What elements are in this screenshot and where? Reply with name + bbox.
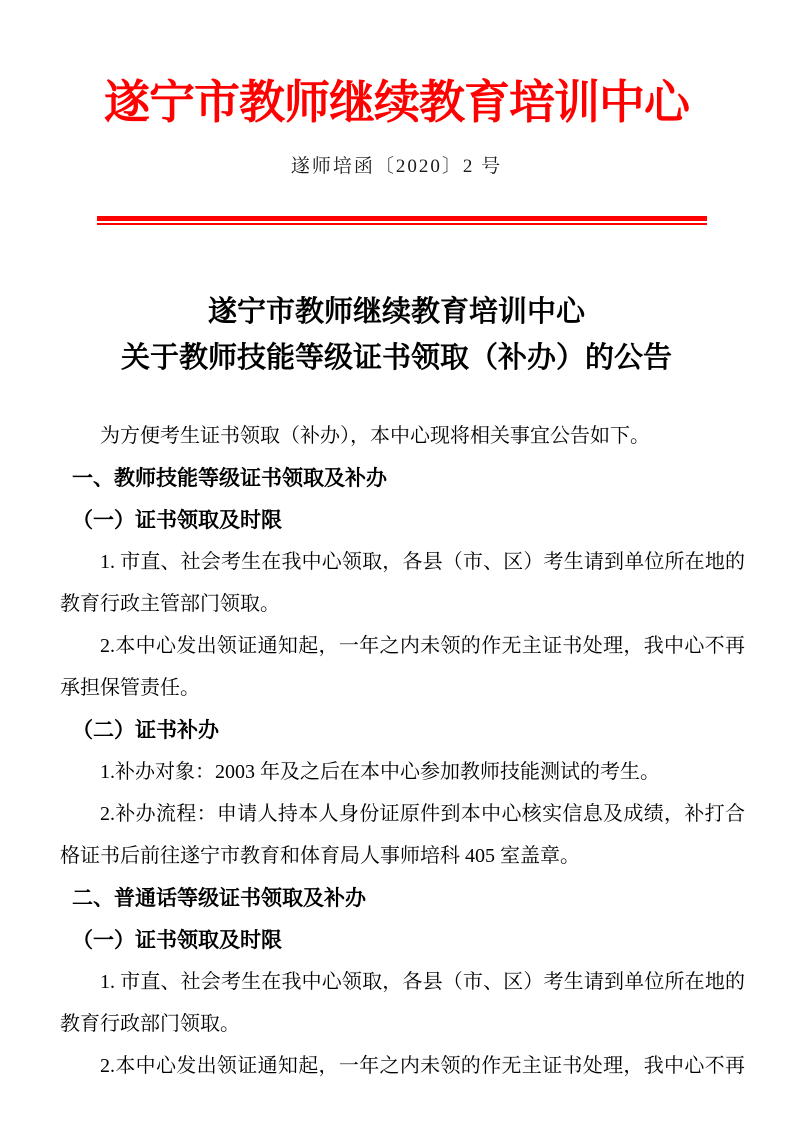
notice-body: 为方便考生证书领取（补办），本中心现将相关事宜公告如下。 一、教师技能等级证书领… (60, 415, 745, 1089)
red-divider-thin-line (97, 223, 707, 225)
section-1-heading: 一、教师技能等级证书领取及补办 (60, 457, 745, 499)
letterhead: 遂宁市教师继续教育培训中心 遂师培函〔2020〕2 号 (0, 0, 793, 225)
section-1-sub-2-paragraph-2: 2.补办流程：申请人持本人身份证原件到本中心核实信息及成绩，补打合格证书后前往遂… (60, 793, 745, 877)
document-page: 遂宁市教师继续教育培训中心 遂师培函〔2020〕2 号 遂宁市教师继续教育培训中… (0, 0, 793, 1122)
section-1-sub-1-paragraph-2: 2.本中心发出领证通知起，一年之内未领的作无主证书处理，我中心不再承担保管责任。 (60, 625, 745, 709)
intro-paragraph: 为方便考生证书领取（补办），本中心现将相关事宜公告如下。 (60, 415, 745, 457)
doc-number: 遂师培函〔2020〕2 号 (0, 154, 793, 180)
notice-content: 遂宁市教师继续教育培训中心 关于教师技能等级证书领取（补办）的公告 为方便考生证… (0, 289, 793, 1089)
notice-title-line1: 遂宁市教师继续教育培训中心 (0, 289, 793, 335)
letterhead-org-title: 遂宁市教师继续教育培训中心 (0, 0, 793, 132)
section-2-sub-1-paragraph-1: 1. 市直、社会考生在我中心领取，各县（市、区）考生请到单位所在地的教育行政部门… (60, 961, 745, 1045)
page-break-clip: 2.本中心发出领证通知起，一年之内未领的作无主证书处理，我中心不再承担保 (60, 1045, 745, 1089)
red-divider-rule (97, 216, 707, 225)
section-2-sub-1-heading: （一）证书领取及时限 (60, 919, 745, 961)
section-1-sub-2-paragraph-1: 1.补办对象：2003 年及之后在本中心参加教师技能测试的考生。 (60, 751, 745, 793)
notice-title: 遂宁市教师继续教育培训中心 关于教师技能等级证书领取（补办）的公告 (0, 289, 793, 381)
section-2-sub-1-paragraph-2-truncated: 2.本中心发出领证通知起，一年之内未领的作无主证书处理，我中心不再承担保 (60, 1045, 745, 1089)
section-1-sub-1-paragraph-1: 1. 市直、社会考生在我中心领取，各县（市、区）考生请到单位所在地的教育行政主管… (60, 541, 745, 625)
section-1-sub-2-heading: （二）证书补办 (60, 709, 745, 751)
notice-title-line2: 关于教师技能等级证书领取（补办）的公告 (0, 335, 793, 381)
section-2-heading: 二、普通话等级证书领取及补办 (60, 877, 745, 919)
section-1-sub-1-heading: （一）证书领取及时限 (60, 499, 745, 541)
